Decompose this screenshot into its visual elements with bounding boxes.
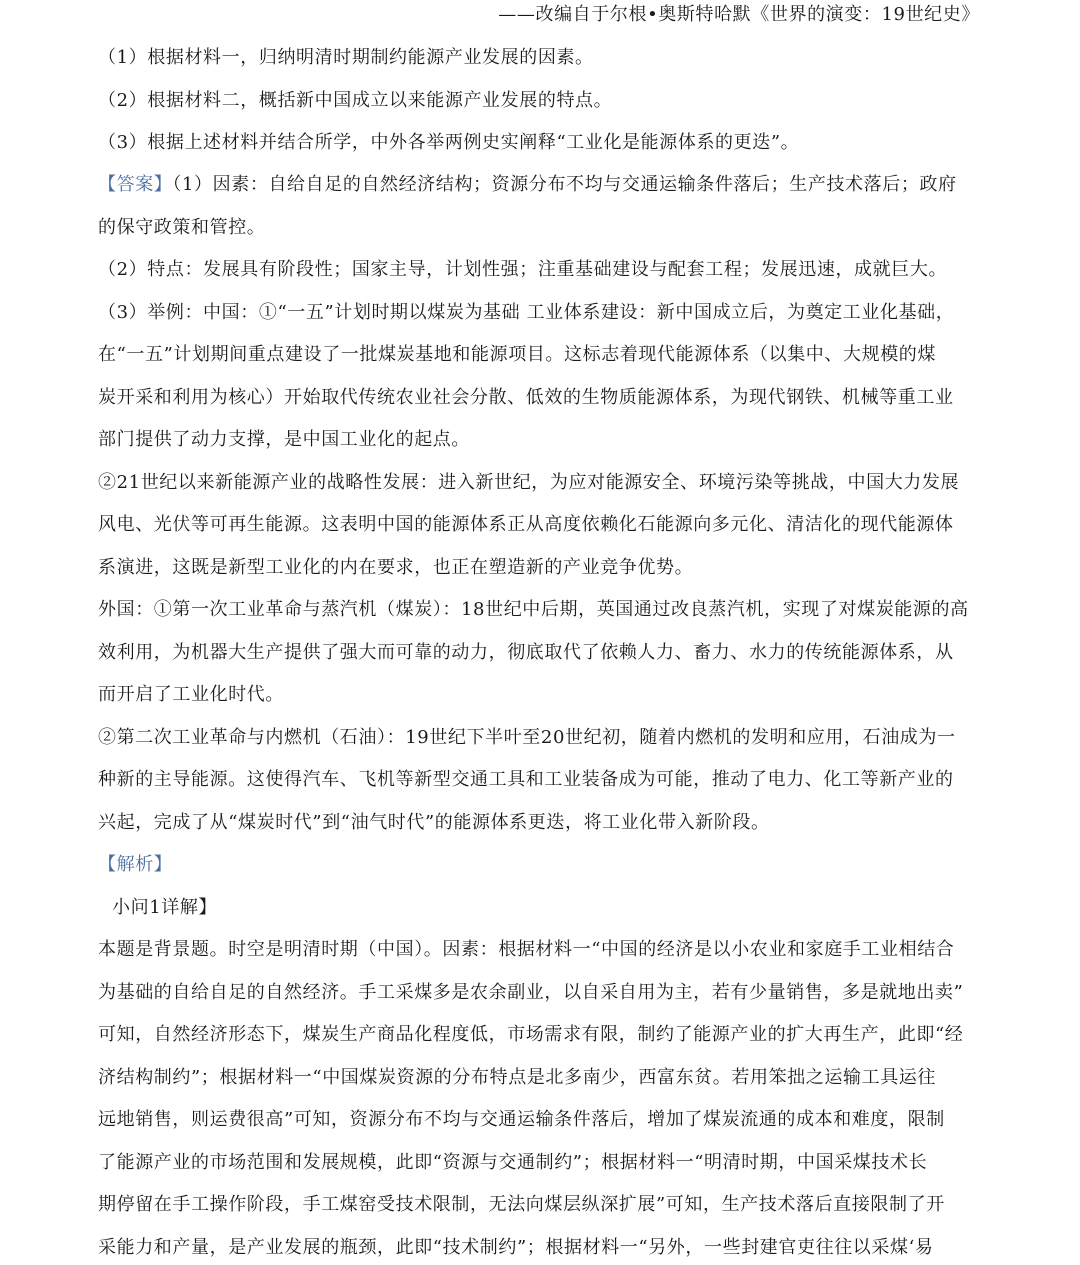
analysis-line: 采能力和产量，是产业发展的瓶颈，此即“技术制约”；根据材料一“另外，一些封建官吏… (98, 1235, 998, 1261)
answer-part1-text: （1）因素：自给自足的自然经济结构；资源分布不均与交通运输条件落后；生产技术落后… (172, 174, 956, 195)
analysis-line: 本题是背景题。时空是明清时期（中国）。因素：根据材料一“中国的经济是以小农业和家… (98, 937, 998, 963)
analysis-line: 可知，自然经济形态下，煤炭生产商品化程度低，市场需求有限，制约了能源产业的扩大再… (98, 1022, 998, 1048)
question-2: （2）根据材料二，概括新中国成立以来能源产业发展的特点。 (98, 88, 998, 114)
answer-part3-line: ②第二次工业革命与内燃机（石油）：19世纪下半叶至20世纪初，随着内燃机的发明和… (98, 725, 998, 751)
answer-part3-line: （3）举例：中国：①“一五”计划时期以煤炭为基础 工业体系建设：新中国成立后，为… (98, 300, 998, 326)
analysis-line: 期停留在手工操作阶段，手工煤窑受技术限制，无法向煤层纵深扩展”可知，生产技术落后… (98, 1192, 998, 1218)
answer-part2: （2）特点：发展具有阶段性；国家主导，计划性强；注重基础建设与配套工程；发展迅速… (98, 257, 998, 283)
analysis-label: 【解析】 (98, 852, 998, 878)
answer-part3-line: 在“一五”计划期间重点建设了一批煤炭基地和能源项目。这标志着现代能源体系（以集中… (98, 342, 998, 368)
question-1: （1）根据材料一，归纳明清时期制约能源产业发展的因素。 (98, 45, 998, 71)
answer-part3-line: 外国：①第一次工业革命与蒸汽机（煤炭）：18世纪中后期，英国通过改良蒸汽机，实现… (98, 597, 998, 623)
answer-part3-line: 兴起，完成了从“煤炭时代”到“油气时代”的能源体系更迭，将工业化带入新阶段。 (98, 810, 998, 836)
answer-part3-line: 种新的主导能源。这使得汽车、飞机等新型交通工具和工业装备成为可能，推动了电力、化… (98, 767, 998, 793)
source-citation: ——改编自于尔根•奥斯特哈默《世界的演变：19世纪史》 (480, 2, 980, 28)
answer-part3-line: 系演进，这既是新型工业化的内在要求，也正在塑造新的产业竞争优势。 (98, 555, 998, 581)
analysis-line: 为基础的自给自足的自然经济。手工采煤多是农余副业，以自采自用为主，若有少量销售，… (98, 980, 998, 1006)
answer-part3-line: 部门提供了动力支撑，是中国工业化的起点。 (98, 427, 998, 453)
document-page: ——改编自于尔根•奥斯特哈默《世界的演变：19世纪史》 （1）根据材料一，归纳明… (0, 0, 1080, 1265)
answer-part3-line: ②21世纪以来新能源产业的战略性发展：进入新世纪，为应对能源安全、环境污染等挑战… (98, 470, 998, 496)
analysis-line: 远地销售，则运费很高”可知，资源分布不均与交通运输条件落后，增加了煤炭流通的成本… (98, 1107, 998, 1133)
analysis-line: 了能源产业的市场范围和发展规模，此即“资源与交通制约”；根据材料一“明清时期，中… (98, 1150, 998, 1176)
analysis-line: 济结构制约”；根据材料一“中国煤炭资源的分布特点是北多南少，西富东贫。若用笨拙之… (98, 1065, 998, 1091)
question-3: （3）根据上述材料并结合所学，中外各举两例史实阐释“工业化是能源体系的更迭”。 (98, 130, 998, 156)
answer-part3-line: 而开启了工业化时代。 (98, 682, 998, 708)
answer-part3-line: 炭开采和利用为核心）开始取代传统农业社会分散、低效的生物质能源体系，为现代钢铁、… (98, 385, 998, 411)
answer-part1-line2: 的保守政策和管控。 (98, 215, 998, 241)
answer-part1-line1: 【答案】（1）因素：自给自足的自然经济结构；资源分布不均与交通运输条件落后；生产… (98, 172, 998, 198)
answer-part3-line: 风电、光伏等可再生能源。这表明中国的能源体系正从高度依赖化石能源向多元化、清洁化… (98, 512, 998, 538)
sub-question-heading: 小问1详解】 (112, 895, 1012, 921)
answer-part3-line: 效利用，为机器大生产提供了强大而可靠的动力，彻底取代了依赖人力、畜力、水力的传统… (98, 640, 998, 666)
answer-label: 【答案】 (98, 174, 172, 195)
